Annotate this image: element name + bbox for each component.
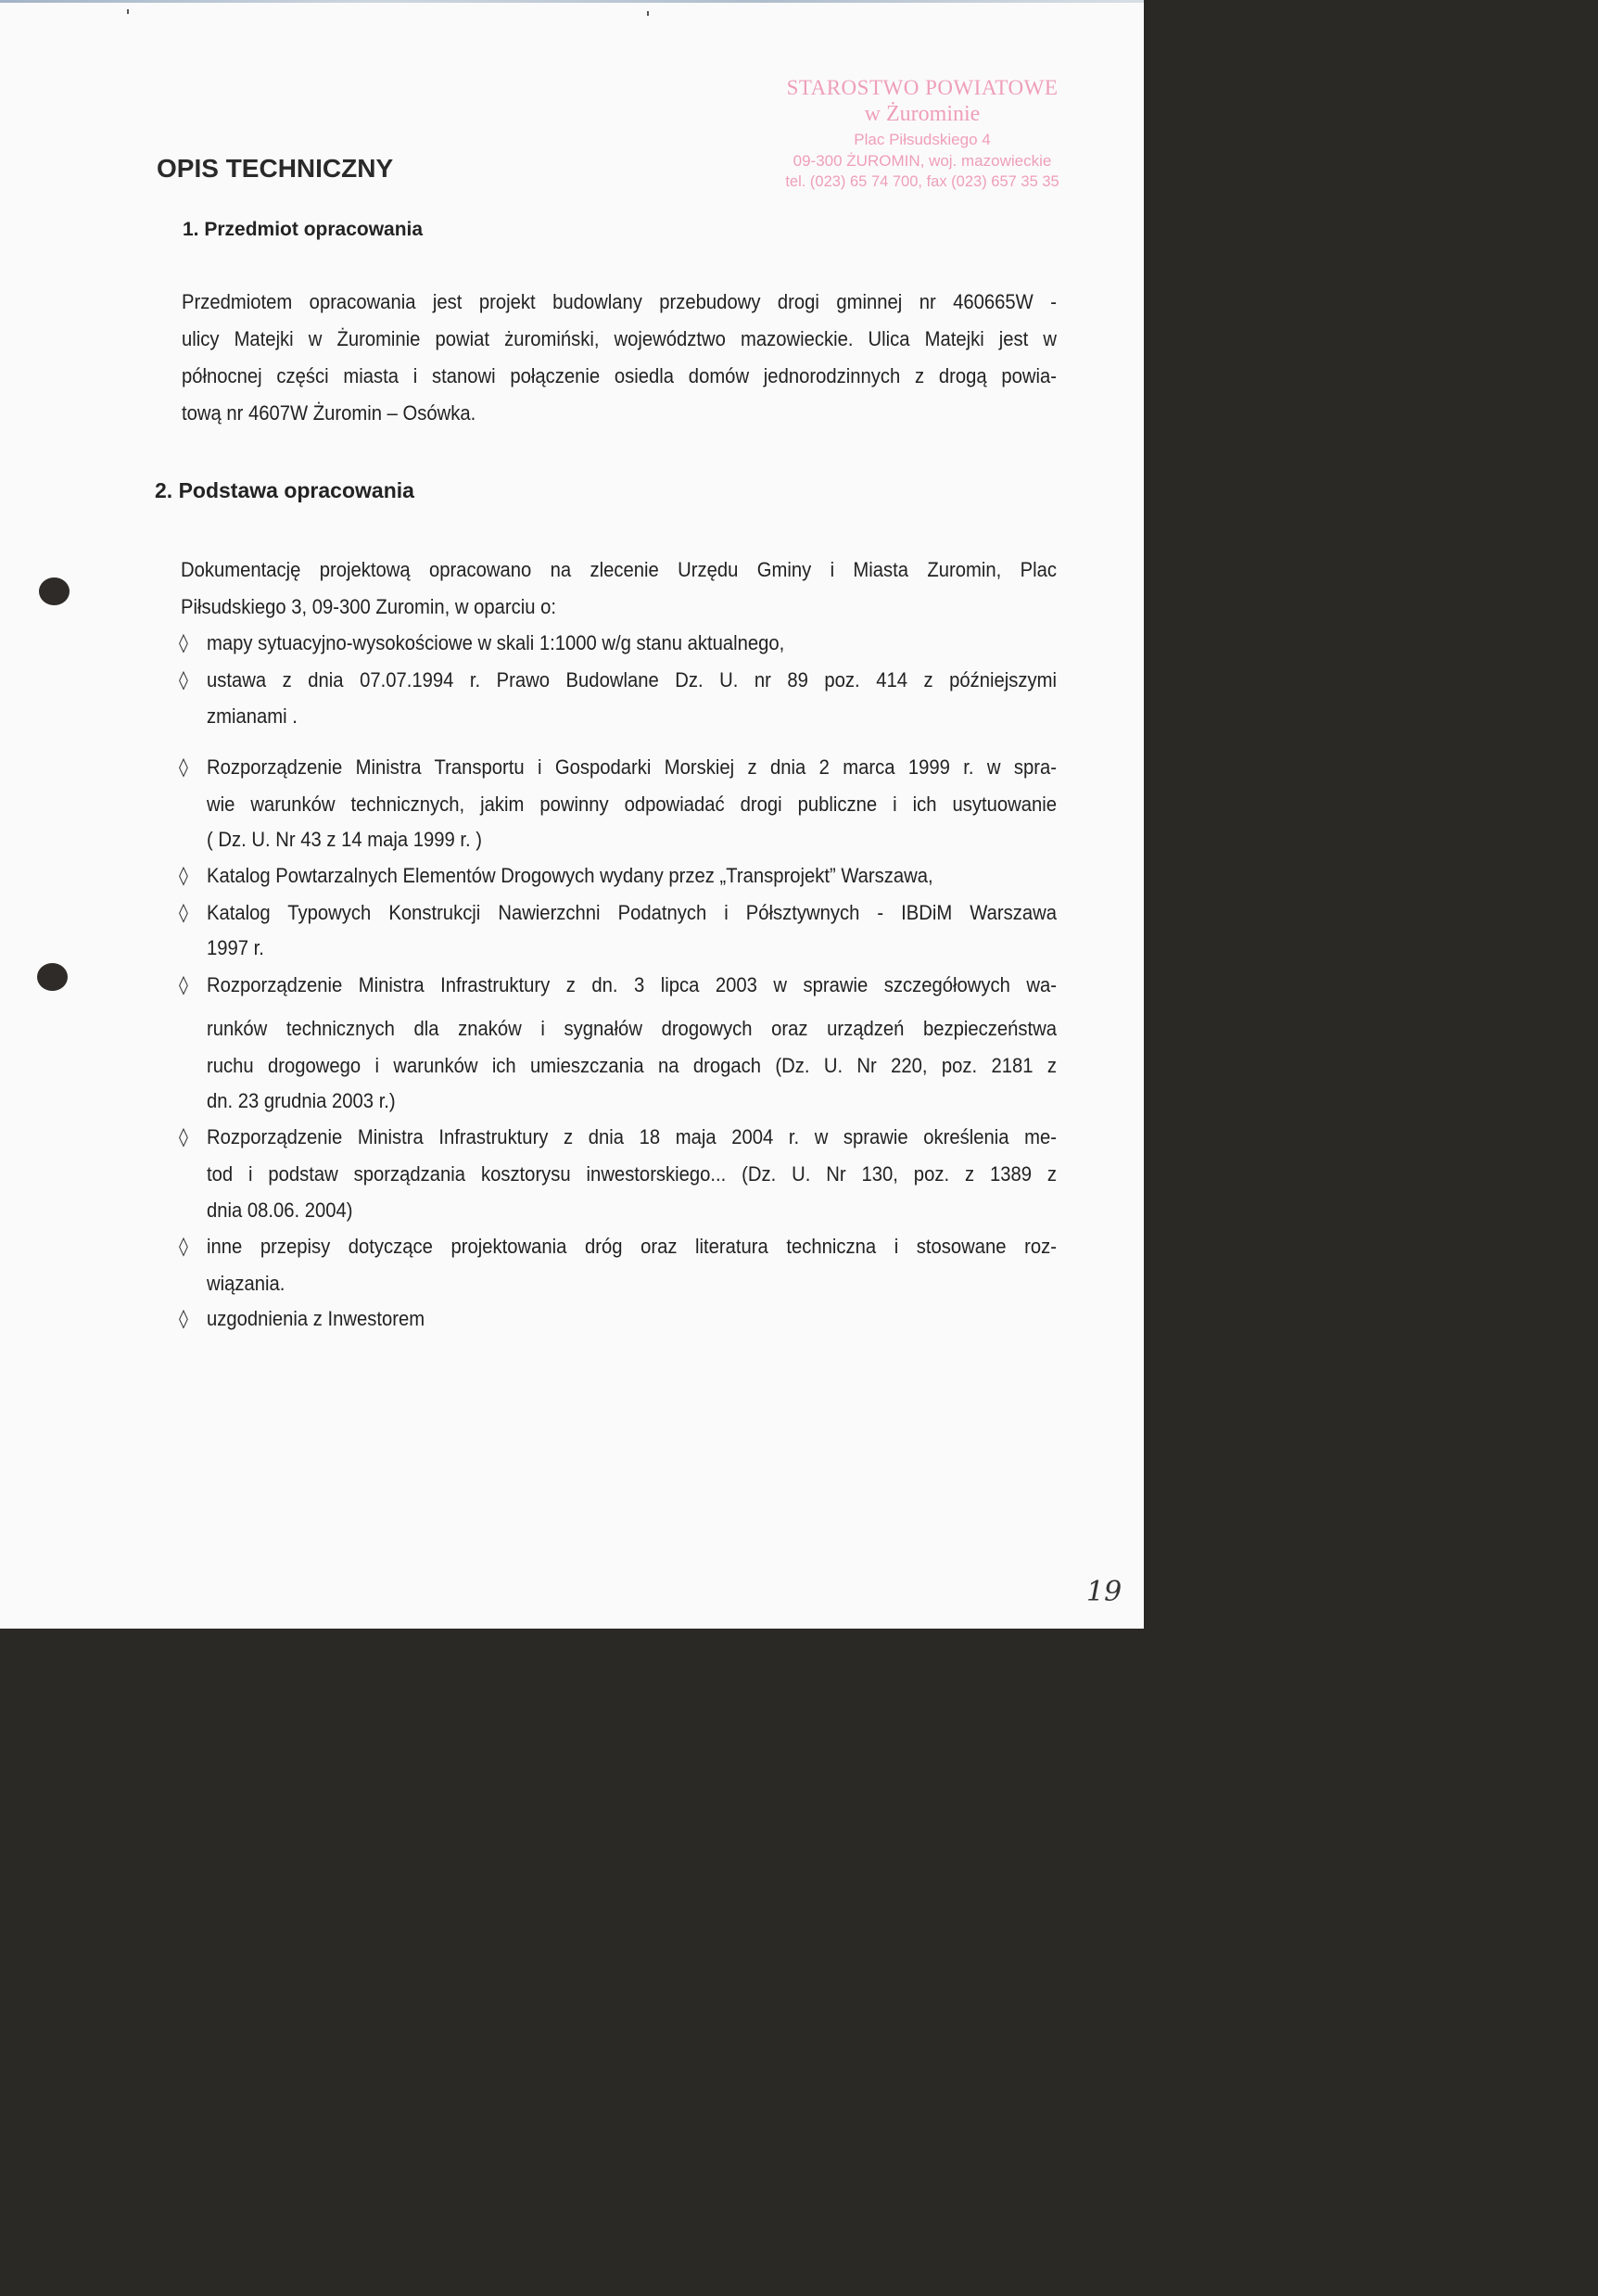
list-item-line: dn. 23 grudnia 2003 r.): [207, 1088, 396, 1114]
list-item-line: wiązania.: [207, 1271, 285, 1297]
list-item-line: tod i podstaw sporządzania kosztorysu in…: [207, 1161, 1057, 1187]
list-item-line: Katalog Powtarzalnych Elementów Drogowyc…: [207, 863, 933, 889]
section-1-heading: 1. Przedmiot opracowania: [183, 219, 423, 241]
stamp-line: STAROSTWO POWIATOWE: [760, 76, 1084, 100]
list-item-line: Rozporządzenie Ministra Infrastruktury z…: [207, 1124, 1057, 1150]
list-item-line: ( Dz. U. Nr 43 z 14 maja 1999 r. ): [207, 827, 482, 853]
list-item-line: 1997 r.: [207, 935, 264, 961]
stamp-line: Plac Piłsudskiego 4: [760, 131, 1084, 149]
stamp-line: tel. (023) 65 74 700, fax (023) 657 35 3…: [760, 173, 1084, 191]
scan-speck: [647, 11, 649, 16]
list-item-line: inne przepisy dotyczące projektowania dr…: [207, 1234, 1057, 1260]
punch-hole: [37, 963, 68, 991]
document-title: OPIS TECHNICZNY: [157, 154, 393, 184]
paragraph-line: Dokumentację projektową opracowano na zl…: [181, 557, 1057, 583]
scan-speck: [127, 9, 129, 14]
diamond-bullet-icon: ◊: [179, 973, 188, 996]
scan-edge: [0, 0, 1144, 3]
list-item-line: uzgodnienia z Inwestorem: [207, 1306, 425, 1332]
diamond-bullet-icon: ◊: [179, 1125, 188, 1148]
list-item-line: Rozporządzenie Ministra Transportu i Gos…: [207, 755, 1057, 780]
paragraph-line: Przedmiotem opracowania jest projekt bud…: [182, 289, 1057, 315]
section-2-heading: 2. Podstawa opracowania: [155, 478, 414, 503]
diamond-bullet-icon: ◊: [179, 755, 188, 778]
paragraph-line: północnej części miasta i stanowi połącz…: [182, 363, 1057, 389]
page-number: 19: [1086, 1576, 1122, 1608]
list-item-line: ruchu drogowego i warunków ich umieszcza…: [207, 1053, 1057, 1079]
diamond-bullet-icon: ◊: [179, 901, 188, 923]
stamp-line: w Żurominie: [760, 102, 1084, 127]
diamond-bullet-icon: ◊: [179, 631, 188, 653]
paragraph-line: Piłsudskiego 3, 09-300 Zuromin, w oparci…: [181, 594, 556, 620]
list-item-line: Rozporządzenie Ministra Infrastruktury z…: [207, 972, 1057, 998]
paragraph-line: tową nr 4607W Żuromin – Osówka.: [182, 400, 476, 426]
list-item-line: ustawa z dnia 07.07.1994 r. Prawo Budowl…: [207, 667, 1057, 693]
list-item-line: dnia 08.06. 2004): [207, 1198, 353, 1224]
punch-hole: [39, 577, 70, 605]
paragraph-line: ulicy Matejki w Żurominie powiat żuromiń…: [182, 326, 1057, 352]
list-item-line: zmianami .: [207, 704, 298, 729]
list-item-line: Katalog Typowych Konstrukcji Nawierzchni…: [207, 900, 1057, 926]
document-page: STAROSTWO POWIATOWE w Żurominie Plac Pił…: [0, 0, 1144, 1629]
stamp-line: 09-300 ŻUROMIN, woj. mazowieckie: [760, 152, 1084, 171]
diamond-bullet-icon: ◊: [179, 864, 188, 886]
diamond-bullet-icon: ◊: [179, 668, 188, 691]
list-item-line: runków technicznych dla znaków i sygnałó…: [207, 1016, 1057, 1042]
list-item-line: mapy sytuacyjno-wysokościowe w skali 1:1…: [207, 630, 784, 656]
diamond-bullet-icon: ◊: [179, 1235, 188, 1257]
diamond-bullet-icon: ◊: [179, 1307, 188, 1329]
list-item-line: wie warunków technicznych, jakim powinny…: [207, 792, 1057, 818]
